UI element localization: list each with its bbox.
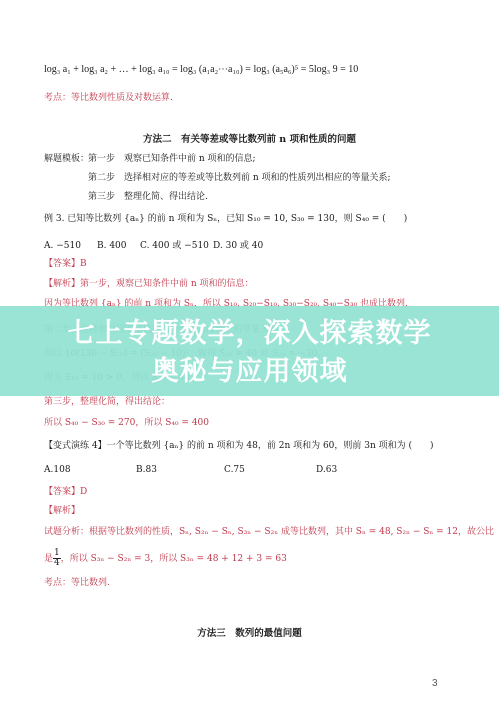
analysis-rest: ，所以 S₃ₙ − S₂ₙ = 3，所以 S₃ₙ = 48 + 12 + 3 =…	[61, 554, 287, 564]
example3-conclusion: 所以 S₄₀ − S₃₀ = 270，所以 S₄₀ = 400	[44, 417, 209, 429]
exercise4-options: A.108B.83C.75D.63	[44, 465, 337, 475]
option-d: D. 30 或 40	[213, 238, 263, 251]
fraction-one-quarter: 14	[53, 549, 61, 568]
option-c: C. 400 或 −510	[140, 238, 213, 251]
page-number: 3	[432, 678, 438, 689]
step-2: 第二步 选择相对应的等差或等比数列前 n 项和的性质列出相应的等量关系;	[88, 172, 391, 184]
method3-title: 方法三 数列的最值问题	[0, 625, 499, 639]
step-1: 第一步 观察已知条件中前 n 项和的信息;	[88, 153, 256, 165]
option-b: B.83	[136, 465, 224, 475]
template-label: 解题模板：	[44, 153, 89, 165]
banner-title-line2: 奥秘与应用领域	[0, 349, 499, 388]
exercise4-kaodian: 考点：等比数列.	[44, 577, 110, 589]
top-formula: log₃ a₁ + log₃ a₂ + … + log₃ a₁₀ = log₃ …	[44, 64, 358, 76]
example3-question: 例 3. 已知等比数列 {aₙ} 的前 n 项和为 Sₙ，已知 S₁₀ = 10…	[44, 213, 407, 225]
exercise4-analysis-line1: 试题分析：根据等比数列的性质，Sₙ, S₂ₙ − Sₙ, S₃ₙ − S₂ₙ 成…	[44, 526, 494, 538]
exercise4-question: 【变式演练 4】一个等比数列 {aₙ} 的前 n 项和为 48，前 2n 项和为…	[44, 440, 434, 452]
example3-analysis-header: 【解析】第一步，观察已知条件中前 n 项和的信息：	[44, 278, 254, 290]
example3-options: A. −510B. 400C. 400 或 −510D. 30 或 40	[44, 238, 263, 251]
overlay-banner: 七上专题数学，深入探索数学 奥秘与应用领域	[0, 306, 499, 396]
option-c: C.75	[224, 465, 316, 475]
example3-answer: 【答案】B	[44, 258, 87, 270]
kaodian-note: 考点：等比数列性质及对数运算.	[44, 92, 173, 104]
option-a: A.108	[44, 465, 136, 475]
option-d: D.63	[316, 465, 337, 475]
example3-step3: 第三步，整理化简，得出结论：	[44, 396, 170, 408]
banner-title-line1: 七上专题数学，深入探索数学	[0, 311, 499, 350]
option-b: B. 400	[97, 241, 140, 251]
analysis-prefix: 是	[44, 554, 53, 564]
exercise4-analysis-line2: 是14，所以 S₃ₙ − S₂ₙ = 3，所以 S₃ₙ = 48 + 12 + …	[44, 549, 287, 568]
document-page: log₃ a₁ + log₃ a₂ + … + log₃ a₁₀ = log₃ …	[0, 0, 499, 706]
step-3: 第三步 整理化简、得出结论.	[88, 191, 208, 203]
exercise4-analysis-header: 【解析】	[44, 505, 80, 517]
method2-title: 方法二 有关等差或等比数列前 n 项和性质的问题	[0, 131, 499, 145]
option-a: A. −510	[44, 241, 97, 251]
exercise4-answer: 【答案】D	[44, 486, 87, 498]
